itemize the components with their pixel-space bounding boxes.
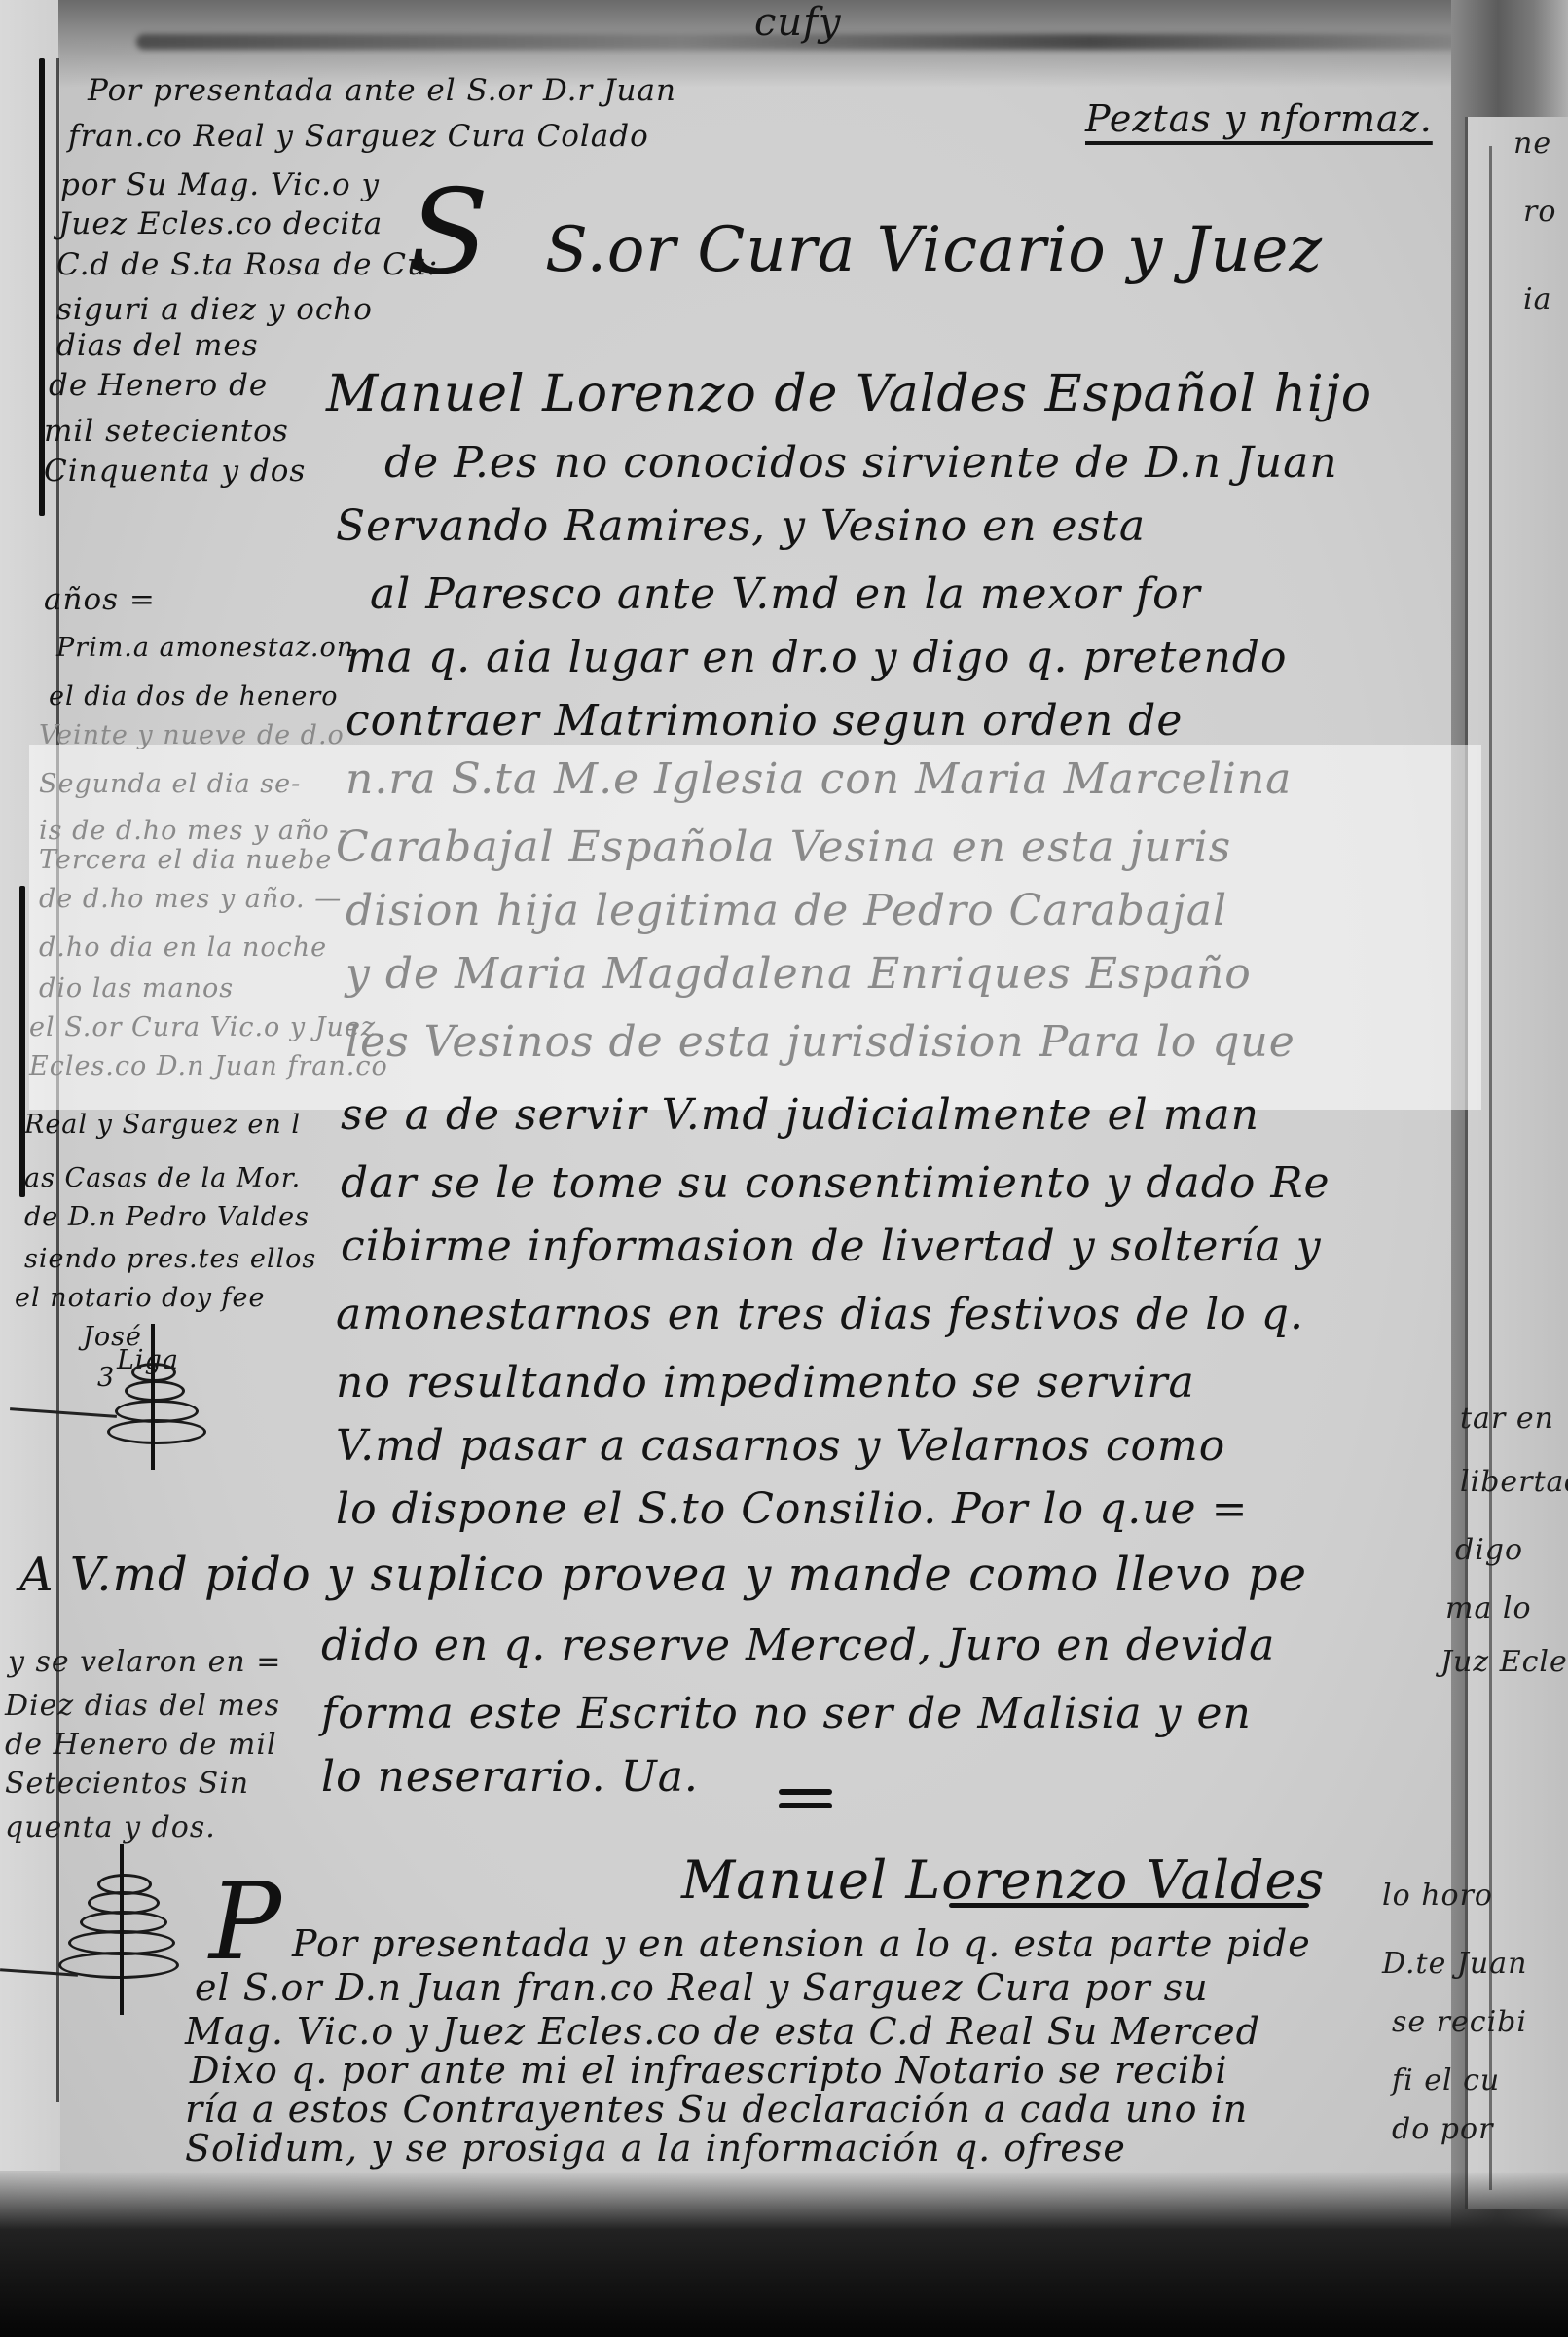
margin-line: años =	[44, 582, 156, 617]
margin-line: por Su Mag. Vic.o y	[60, 167, 380, 202]
body-line: lo dispone el S.to Consilio. Por lo q.ue…	[336, 1484, 1248, 1534]
margin-line-highlighted: dio las manos	[39, 973, 234, 1004]
body-line: no resultando impedimento se servira	[336, 1358, 1195, 1407]
decree-line: Dixo q. por ante mi el infraescripto Not…	[190, 2049, 1228, 2092]
right-margin-fragment: se recibi	[1392, 2005, 1527, 2039]
body-line-highlighted: les Vesinos de esta jurisdision Para lo …	[346, 1017, 1295, 1067]
body-line-highlighted: dision hija legitima de Pedro Carabajal	[346, 886, 1227, 935]
margin-line: Setecientos Sin	[5, 1767, 249, 1801]
right-margin-fragment: tar en	[1460, 1402, 1554, 1436]
margin-line: de Henero de	[49, 368, 268, 403]
petition-line: A V.md pido y suplico provea y mande com…	[19, 1548, 1307, 1602]
body-line: amonestarnos en tres dias festivos de lo…	[336, 1290, 1304, 1339]
body-line-highlighted: y de Maria Magdalena Enriques Españo	[346, 949, 1252, 999]
margin-line: Juez Ecles.co decita	[58, 206, 383, 241]
right-margin-fragment: ne	[1513, 127, 1551, 161]
margin-line-highlighted: el S.or Cura Vic.o y Juez	[29, 1012, 376, 1042]
margin-line-highlighted: d.ho dia en la noche	[39, 932, 327, 963]
margin-line: de Henero de mil	[5, 1728, 277, 1762]
margin-bracket	[19, 886, 25, 1197]
margin-line: y se velaron en =	[8, 1645, 281, 1679]
signature-underline	[949, 1903, 1309, 1908]
body-line-highlighted: n.ra S.ta M.e Iglesia con Maria Marcelin…	[346, 754, 1292, 804]
right-margin-fragment: lo horo	[1382, 1879, 1493, 1913]
margin-line: siguri a diez y ocho	[56, 292, 373, 327]
margin-line-highlighted: Segunda el dia se-	[39, 769, 301, 799]
body-line: V.md pasar a casarnos y Velarnos como	[336, 1421, 1225, 1471]
body-line-highlighted: Carabajal Española Vesina en esta juris	[336, 822, 1231, 872]
body-line: al Paresco ante V.md en la mexor for	[370, 569, 1201, 619]
right-margin-fragment: digo	[1455, 1533, 1523, 1567]
margin-line: Cinquenta y dos	[44, 454, 306, 489]
margin-line: Diez dias del mes	[5, 1689, 280, 1723]
decree-line: Por presentada y en atension a lo q. est…	[292, 1922, 1311, 1965]
right-margin-fragment: do por	[1392, 2112, 1493, 2146]
right-margin-fragment: fi el cu	[1392, 2063, 1500, 2098]
cura-rubric	[58, 1864, 195, 2010]
margin-line: Por presentada ante el S.or D.r Juan	[88, 73, 676, 108]
margin-line: Real y Sarguez en l	[24, 1110, 301, 1140]
body-line: cibirme informasion de livertad y solter…	[341, 1222, 1322, 1271]
right-margin-fragment: D.te Juan	[1382, 1947, 1527, 1981]
right-margin-fragment: ia	[1523, 282, 1551, 316]
margin-line: fran.co Real y Sarguez Cura Colado	[68, 119, 649, 154]
right-margin-fragment: ro	[1523, 195, 1556, 229]
margin-line-highlighted: de d.ho mes y año. —	[39, 884, 342, 914]
body-line: Manuel Lorenzo de Valdes Español hijo	[326, 365, 1372, 423]
margin-line: el dia dos de henero	[49, 681, 339, 712]
right-margin-fragment: libertad	[1460, 1465, 1568, 1499]
petition-line: forma este Escrito no ser de Malisia y e…	[321, 1689, 1252, 1738]
decree-line: Solidum, y se prosiga a la información q…	[185, 2127, 1126, 2170]
notary-rubric	[107, 1353, 204, 1470]
body-line: contraer Matrimonio segun orden de	[346, 696, 1183, 746]
margin-line: as Casas de la Mor.	[24, 1163, 301, 1193]
capital-p-flourish: P	[209, 1859, 281, 1984]
flourish-mark	[779, 1789, 832, 1795]
margin-line-highlighted: Ecles.co D.n Juan fran.co	[29, 1051, 388, 1081]
petition-line: lo neserario. Ua.	[321, 1752, 699, 1802]
petitioner-signature: Manuel Lorenzo Valdes	[681, 1849, 1325, 1911]
petition-line: dido en q. reserve Merced, Juro en devid…	[321, 1621, 1275, 1670]
margin-line: quenta y dos.	[5, 1810, 216, 1844]
margin-line: el notario doy fee	[15, 1283, 266, 1313]
top-fragment: cufy	[754, 0, 842, 45]
body-line: ma q. aia lugar en dr.o y digo q. preten…	[346, 633, 1287, 682]
flourish-mark	[779, 1803, 832, 1808]
margin-line: C.d de S.ta Rosa de Cu:	[56, 247, 438, 282]
right-margin-fragment: ma lo	[1445, 1591, 1532, 1625]
decree-line: Mag. Vic.o y Juez Ecles.co de esta C.d R…	[185, 2010, 1260, 2053]
heading-right: Peztas y nformaz.	[1085, 97, 1433, 140]
margin-line: siendo pres.tes ellos	[24, 1244, 316, 1274]
body-line: de P.es no conocidos sirviente de D.n Ju…	[384, 438, 1338, 488]
margin-line: mil setecientos	[44, 414, 289, 449]
margin-line-highlighted: Veinte y nueve de d.o	[39, 720, 345, 750]
body-line: dar se le tome su consentimiento y dado …	[341, 1158, 1331, 1208]
dark-bottom-edge	[0, 2172, 1568, 2337]
right-margin-fragment: Juz Ecle	[1440, 1645, 1568, 1679]
decree-line: ría a estos Contrayentes Su declaración …	[185, 2088, 1248, 2131]
margin-line-highlighted: is de d.ho mes y año -	[39, 816, 348, 846]
body-line: Servando Ramires, y Vesino en esta	[336, 501, 1146, 551]
margin-line-highlighted: Tercera el dia nuebe	[39, 845, 332, 875]
margin-line: dias del mes	[56, 328, 259, 363]
margin-line: Prim.a amonestaz.on	[56, 633, 354, 663]
margin-line: de D.n Pedro Valdes	[24, 1202, 310, 1232]
decree-line: el S.or D.n Juan fran.co Real y Sarguez …	[195, 1966, 1209, 2009]
address-line: S.or Cura Vicario y Juez	[545, 214, 1323, 286]
body-line: se a de servir V.md judicialmente el man	[341, 1090, 1259, 1140]
